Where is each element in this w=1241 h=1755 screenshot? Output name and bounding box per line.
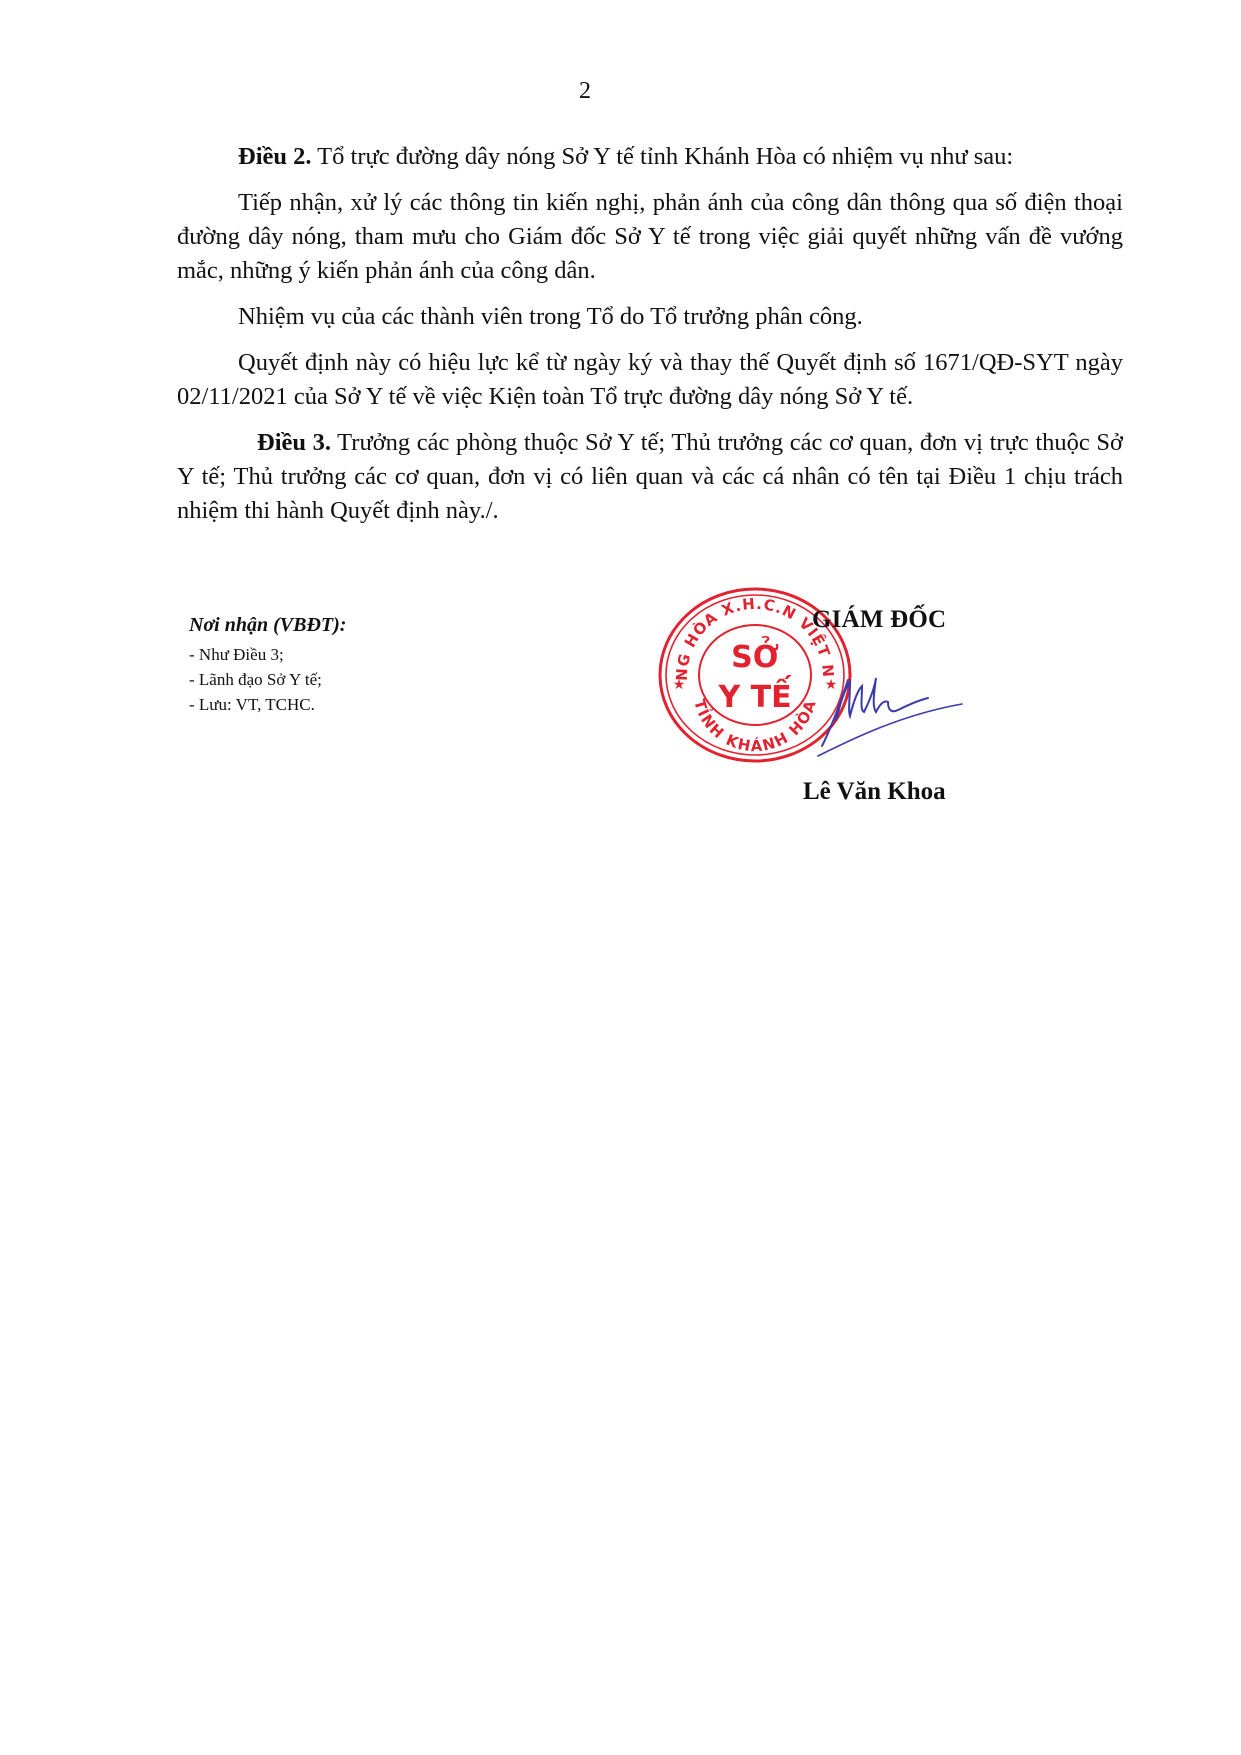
- paragraph-text: Tiếp nhận, xử lý các thông tin kiến nghị…: [177, 189, 1123, 284]
- article-3: Điều 3. Trưởng các phòng thuộc Sở Y tế; …: [177, 426, 1123, 528]
- page-number: 2: [0, 78, 1170, 105]
- paragraph-assignment: Nhiệm vụ của các thành viên trong Tổ do …: [177, 300, 1123, 334]
- article-label: Điều 2.: [238, 143, 312, 170]
- article-label: Điều 3.: [257, 429, 331, 456]
- signer-name: Lê Văn Khoa: [803, 778, 946, 806]
- recipients-title: Nơi nhận (VBĐT):: [189, 610, 346, 640]
- recipients-block: Nơi nhận (VBĐT): - Như Điều 3; - Lãnh đạ…: [189, 610, 346, 717]
- paragraph-effect: Quyết định này có hiệu lực kể từ ngày ký…: [177, 346, 1123, 414]
- article-2-heading: Điều 2. Tổ trực đường dây nóng Sở Y tế t…: [177, 140, 1123, 174]
- handwritten-signature-icon: [810, 660, 990, 760]
- svg-text:SỞ: SỞ: [731, 635, 779, 675]
- paragraph-text: Nhiệm vụ của các thành viên trong Tổ do …: [238, 303, 863, 330]
- document-body: Điều 2. Tổ trực đường dây nóng Sở Y tế t…: [177, 140, 1123, 540]
- recipient-item: - Như Điều 3;: [189, 642, 346, 667]
- svg-text:Y TẾ: Y TẾ: [717, 675, 792, 715]
- svg-text:★: ★: [673, 677, 686, 693]
- recipient-item: - Lãnh đạo Sở Y tế;: [189, 667, 346, 692]
- paragraph-text: Quyết định này có hiệu lực kể từ ngày ký…: [177, 349, 1123, 410]
- paragraph-duties: Tiếp nhận, xử lý các thông tin kiến nghị…: [177, 186, 1123, 288]
- article-text: Tổ trực đường dây nóng Sở Y tế tỉnh Khán…: [312, 143, 1014, 170]
- recipient-item: - Lưu: VT, TCHC.: [189, 692, 346, 717]
- signer-title: GIÁM ĐỐC: [812, 606, 946, 634]
